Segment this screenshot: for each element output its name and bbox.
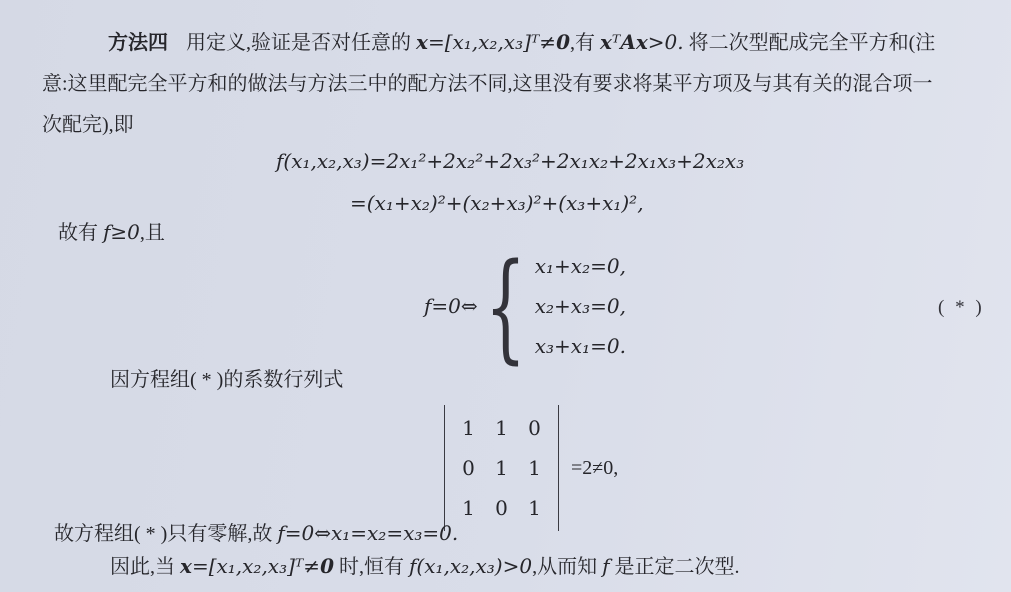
coefficient-determinant: 1 1 0 0 1 1 1 0 1 =2≠0,: [444, 405, 618, 531]
matrix-cell: 1: [452, 408, 485, 448]
matrix-cell: 1: [518, 448, 551, 488]
matrix-cell: 1: [485, 448, 518, 488]
equation-system: f=0⇔ { x₁+x₂=0, x₂+x₃=0, x₃+x₁=0.: [424, 248, 626, 364]
body-text: 时,恒有: [334, 556, 409, 578]
matrix-cell: 0: [485, 488, 518, 528]
determinant-value: =2≠0,: [571, 457, 618, 480]
body-text: 故方程组( * )只有零解,故: [54, 523, 277, 545]
vector-x-expression: x=[x₁,x₂,x₃]ᵀ≠0: [416, 30, 570, 54]
f-positive-expression: f(x₁,x₂,x₃)>0: [409, 554, 532, 578]
body-text: 故有: [58, 222, 103, 244]
equation-star-label: ( * ): [938, 297, 985, 319]
body-text: 因此,当: [110, 556, 180, 578]
textbook-page: 方法四用定义,验证是否对任意的 x=[x₁,x₂,x₃]ᵀ≠0,有 xᵀAx>0…: [0, 0, 1011, 592]
determinant-intro-text: 因方程组( * )的系数行列式: [110, 360, 343, 401]
intro-paragraph: 方法四用定义,验证是否对任意的 x=[x₁,x₂,x₃]ᵀ≠0,有 xᵀAx>0…: [42, 22, 935, 146]
paragraph-line-3: 次配完),即: [42, 105, 935, 146]
body-text: 用定义,验证是否对任意的: [186, 32, 416, 54]
f-nonnegative-statement: 故有 f≥0,且: [58, 212, 165, 254]
body-text: ,有: [570, 32, 600, 54]
determinant-matrix: 1 1 0 0 1 1 1 0 1: [444, 405, 559, 531]
f-symbol: f: [602, 554, 609, 578]
vector-x-expression: x=[x₁,x₂,x₃]ᵀ≠0: [180, 554, 334, 578]
f-equals-zero-iff: f=0⇔: [424, 294, 478, 318]
paragraph-line-1: 方法四用定义,验证是否对任意的 x=[x₁,x₂,x₃]ᵀ≠0,有 xᵀAx>0…: [42, 22, 935, 64]
system-equation-3: x₃+x₁=0.: [535, 326, 626, 366]
body-text: ,从而知: [532, 556, 602, 578]
quadratic-form-equation-line-1: f(x₁,x₂,x₃)=2x₁²+2x₂²+2x₃²+2x₁x₂+2x₁x₃+2…: [276, 148, 744, 174]
system-equation-1: x₁+x₂=0,: [535, 246, 626, 286]
body-text: ,且: [140, 222, 165, 244]
left-brace: {: [485, 250, 526, 362]
system-equation-2: x₂+x₃=0,: [535, 286, 626, 326]
conclusion-statement: 因此,当 x=[x₁,x₂,x₃]ᵀ≠0 时,恒有 f(x₁,x₂,x₃)>0,…: [110, 546, 740, 588]
matrix-cell: 0: [452, 448, 485, 488]
paragraph-line-2: 意:这里配完全平方和的做法与方法三中的配方法不同,这里没有要求将某平方项及与其有…: [42, 64, 935, 105]
f-geq-0: f≥0: [103, 220, 140, 244]
matrix-cell: 0: [518, 408, 551, 448]
zero-solution-equation: f=0⇔x₁=x₂=x₃=0.: [277, 521, 458, 545]
body-text: 将二次型配成完全平方和(注: [684, 32, 936, 54]
body-text: 是正定二次型.: [610, 556, 740, 578]
xtax-expression: xᵀAx>0.: [600, 30, 684, 54]
matrix-cell: 1: [518, 488, 551, 528]
matrix-cell: 1: [485, 408, 518, 448]
quadratic-form-equation-line-2: =(x₁+x₂)²+(x₂+x₃)²+(x₃+x₁)²,: [350, 190, 644, 216]
system-equations: x₁+x₂=0, x₂+x₃=0, x₃+x₁=0.: [535, 246, 626, 366]
method-heading: 方法四: [108, 32, 168, 54]
